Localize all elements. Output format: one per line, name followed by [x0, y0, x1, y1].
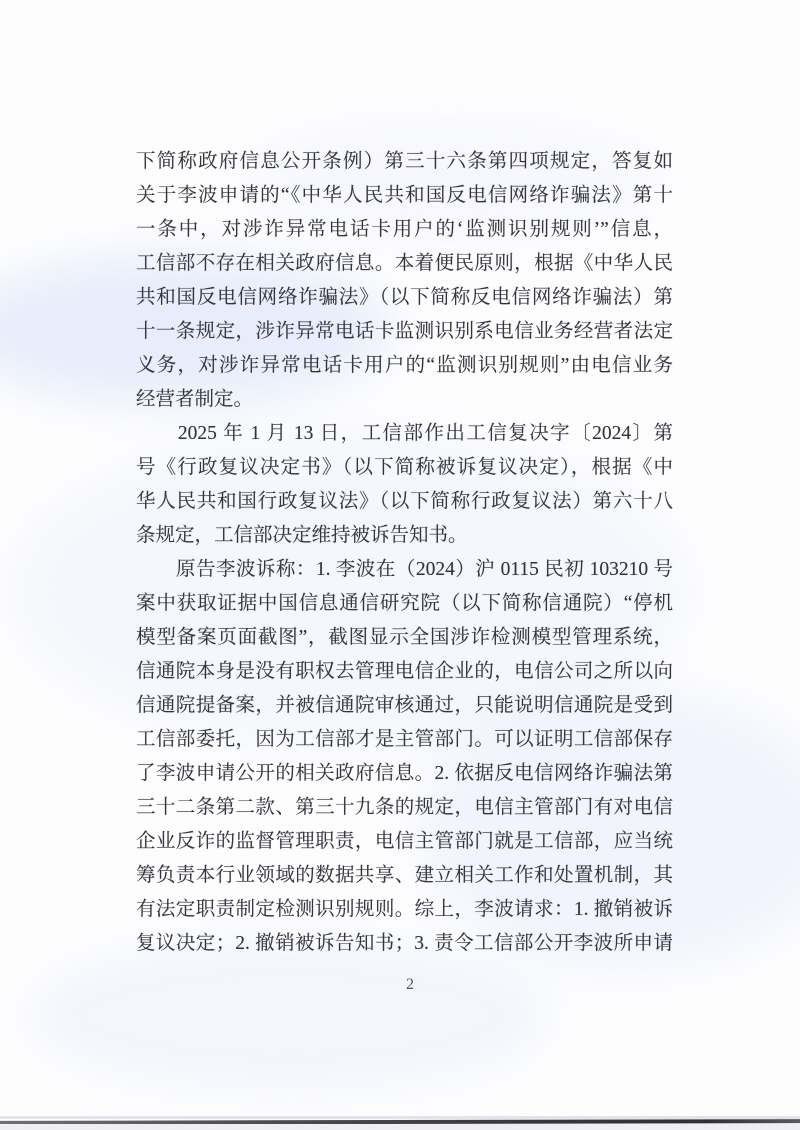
text-line: 经营者制定。: [136, 383, 673, 417]
page-number: 2: [20, 976, 800, 994]
text-line: 有法定职责制定检测识别规则。综上，李波请求：1. 撤销被诉: [136, 893, 673, 927]
text-line: 下简称政府信息公开条例）第三十六条第四项规定，答复如下：: [136, 145, 673, 179]
text-line: 十一条规定，涉诈异常电话卡监测识别系电信业务经营者法定: [136, 315, 673, 349]
text-line: 华人民共和国行政复议法》（以下简称行政复议法）第六十八: [136, 485, 673, 519]
text-line: 原告李波诉称：1. 李波在（2024）沪 0115 民初 103210 号: [136, 553, 673, 587]
text-line: 信通院提备案，并被信通院审核通过，只能说明信通院是受到: [136, 689, 673, 723]
text-line: 模型备案页面截图”，截图显示全国涉诈检测模型管理系统，: [136, 621, 673, 655]
text-line: 义务，对涉诈异常电话卡用户的“监测识别规则”由电信业务: [136, 349, 673, 383]
text-line: 企业反诈的监督管理职责，电信主管部门就是工信部，应当统: [136, 825, 673, 859]
document-body: 下简称政府信息公开条例）第三十六条第四项规定，答复如下：关于李波申请的“《中华人…: [136, 145, 673, 961]
text-line: 筹负责本行业领域的数据共享、建立相关工作和处置机制，其: [136, 859, 673, 893]
scan-tint-patch: [30, 940, 550, 1090]
scanned-document-page: 下简称政府信息公开条例）第三十六条第四项规定，答复如下：关于李波申请的“《中华人…: [0, 0, 800, 1130]
text-line: 案中获取证据中国信息通信研究院（以下简称信通院）“停机: [136, 587, 673, 621]
text-line: 工信部委托，因为工信部才是主管部门。可以证明工信部保存: [136, 723, 673, 757]
text-line: 工信部不存在相关政府信息。本着便民原则，根据《中华人民: [136, 247, 673, 281]
text-line: 条规定，工信部决定维持被诉告知书。: [136, 519, 673, 553]
text-line: 信通院本身是没有职权去管理电信企业的，电信公司之所以向: [136, 655, 673, 689]
text-line: 了李波申请公开的相关政府信息。2. 依据反电信网络诈骗法第: [136, 757, 673, 791]
text-line: 2025 年 1 月 13 日，工信部作出工信复决字〔2024〕第 2446: [136, 417, 673, 451]
text-line: 关于李波申请的“《中华人民共和国反电信网络诈骗法》第十: [136, 179, 673, 213]
text-line: 号《行政复议决定书》（以下简称被诉复议决定），根据《中: [136, 451, 673, 485]
text-line: 共和国反电信网络诈骗法》（以下简称反电信网络诈骗法）第: [136, 281, 673, 315]
text-line: 一条中，对涉诈异常电话卡用户的‘监测识别规则’”信息，: [136, 213, 673, 247]
text-line: 三十二条第二款、第三十九条的规定，电信主管部门有对电信: [136, 791, 673, 825]
scanner-background: [0, 1124, 800, 1130]
text-line: 复议决定；2. 撤销被诉告知书；3. 责令工信部公开李波所申请: [136, 927, 673, 961]
